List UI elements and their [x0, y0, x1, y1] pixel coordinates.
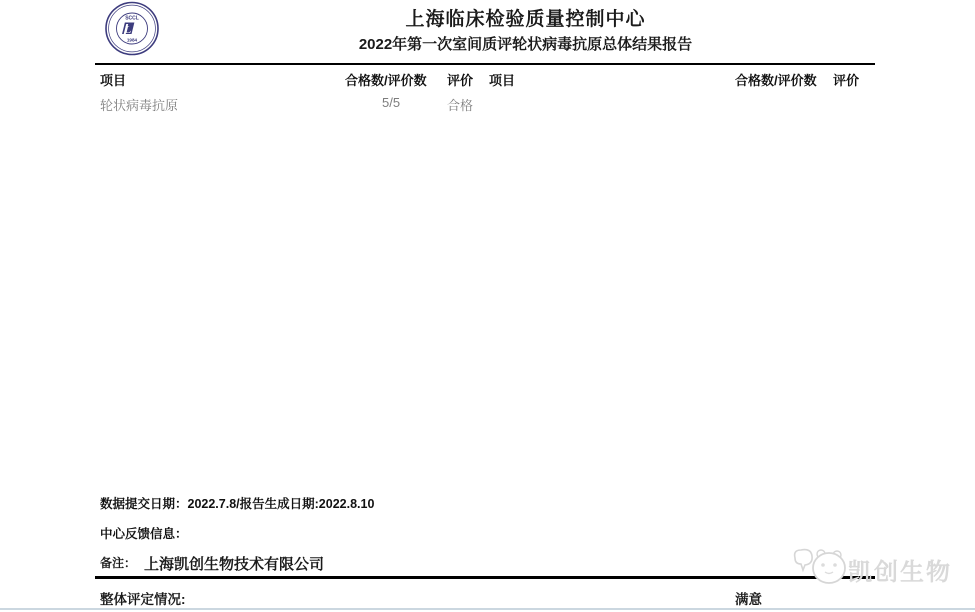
- overall-assessment-label: 整体评定情况:: [100, 588, 186, 608]
- mascot-icon: [791, 544, 849, 588]
- remark-company-name: 上海凯创生物技术有限公司: [144, 556, 324, 573]
- brand-watermark-text: 凯创生物: [848, 552, 952, 587]
- brand-watermark: 凯创生物: [791, 544, 975, 588]
- report-title: 2022年第一次室间质评轮状病毒抗原总体结果报告: [0, 33, 975, 54]
- row-pass-ratio: 5/5: [382, 95, 400, 110]
- remark-label: 备注：: [100, 556, 136, 570]
- overall-assessment-value: 满意: [735, 588, 762, 608]
- org-name-title: 上海临床检验质量控制中心: [0, 4, 975, 31]
- col-header-item-left: 项目: [100, 70, 126, 89]
- col-header-ratio-left: 合格数/评价数: [345, 70, 427, 89]
- center-feedback-label: 中心反馈信息：: [100, 524, 188, 542]
- submission-dates-line: 数据提交日期：2022.7.8/报告生成日期:2022.8.10: [100, 494, 374, 512]
- col-header-ratio-right: 合格数/评价数: [735, 70, 817, 89]
- report-page: { "header": { "org_name": "上海临床检验质量控制中心"…: [0, 0, 975, 612]
- table-top-rule: [95, 63, 875, 65]
- table-bottom-rule: [95, 576, 875, 579]
- col-header-item-right: 项目: [489, 70, 515, 89]
- row-evaluation: 合格: [447, 95, 473, 114]
- page-bottom-edge: [0, 608, 975, 610]
- row-item-name: 轮状病毒抗原: [100, 95, 178, 114]
- col-header-eval-right: 评价: [833, 70, 859, 89]
- remark-line: 备注：上海凯创生物技术有限公司: [100, 553, 324, 574]
- col-header-eval-left: 评价: [447, 70, 473, 89]
